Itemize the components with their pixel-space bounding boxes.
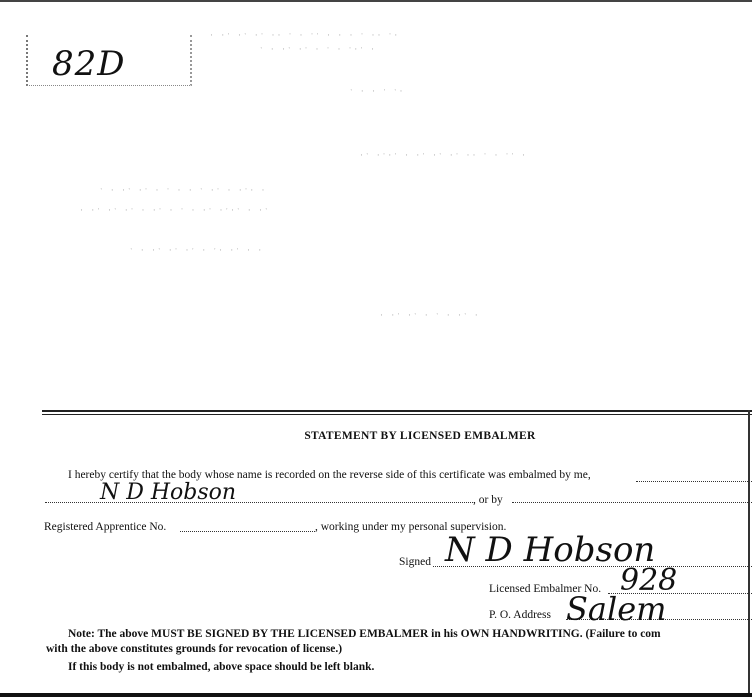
bleed-through-text: · ·ˑ ·ˑ ·ˑ · ·ˑ · ˑ · ·ˑ ·ˑ·ˑ · ·ˑ bbox=[80, 205, 270, 215]
bleed-through-text: ˑ · ·ˑ ·ˑ ·ˑ · ˑ· ·ˑ · · bbox=[130, 245, 264, 255]
note-line-3: If this body is not embalmed, above spac… bbox=[68, 661, 374, 673]
bottom-border bbox=[0, 693, 752, 697]
certify-blank bbox=[636, 469, 752, 482]
section-title: STATEMENT BY LICENSED EMBALMER bbox=[0, 430, 752, 442]
note-line-2: with the above constitutes grounds for r… bbox=[46, 643, 342, 655]
divider-line bbox=[42, 414, 752, 415]
embalmer-name: N D Hobson bbox=[100, 480, 236, 505]
note-line-1: Note: The above MUST BE SIGNED BY THE LI… bbox=[68, 628, 661, 640]
signed-label: Signed bbox=[399, 556, 431, 568]
top-border bbox=[0, 0, 752, 2]
apprentice-label: Registered Apprentice No. bbox=[44, 521, 166, 533]
bleed-through-text: ˑ · ·ˑ ·ˑ · ˑ · ˑ·ˑ · bbox=[260, 44, 377, 54]
or-by-label: , or by bbox=[473, 494, 503, 506]
apprentice-number-field bbox=[180, 519, 315, 532]
divider-line bbox=[42, 410, 752, 412]
address: Salem bbox=[566, 590, 667, 628]
or-by-field bbox=[512, 490, 752, 503]
bleed-through-text: ˑ · ·ˑ ·ˑ · ˑ · · ˑ ·ˑ · ·ˑ· · bbox=[100, 185, 267, 195]
right-edge-line bbox=[748, 410, 750, 695]
bleed-through-text: ·ˑ ·ˑ·ˑ · ·ˑ ·ˑ ·ˑ ·· ˑ · ˑˑ · bbox=[360, 150, 528, 160]
bleed-through-text: · ·ˑ ·ˑ · ˑ · ·ˑ · bbox=[380, 310, 481, 320]
bleed-through-text: ˑ · · ˑ ˑ· bbox=[350, 86, 406, 96]
address-label: P. O. Address bbox=[489, 609, 551, 621]
stamp-number: 82D bbox=[52, 44, 126, 84]
bleed-through-text: · ·ˑ ·ˑ ·ˑ ·· ˑ · ˑˑ · · · ˑ ·· ˑ· bbox=[210, 30, 400, 40]
